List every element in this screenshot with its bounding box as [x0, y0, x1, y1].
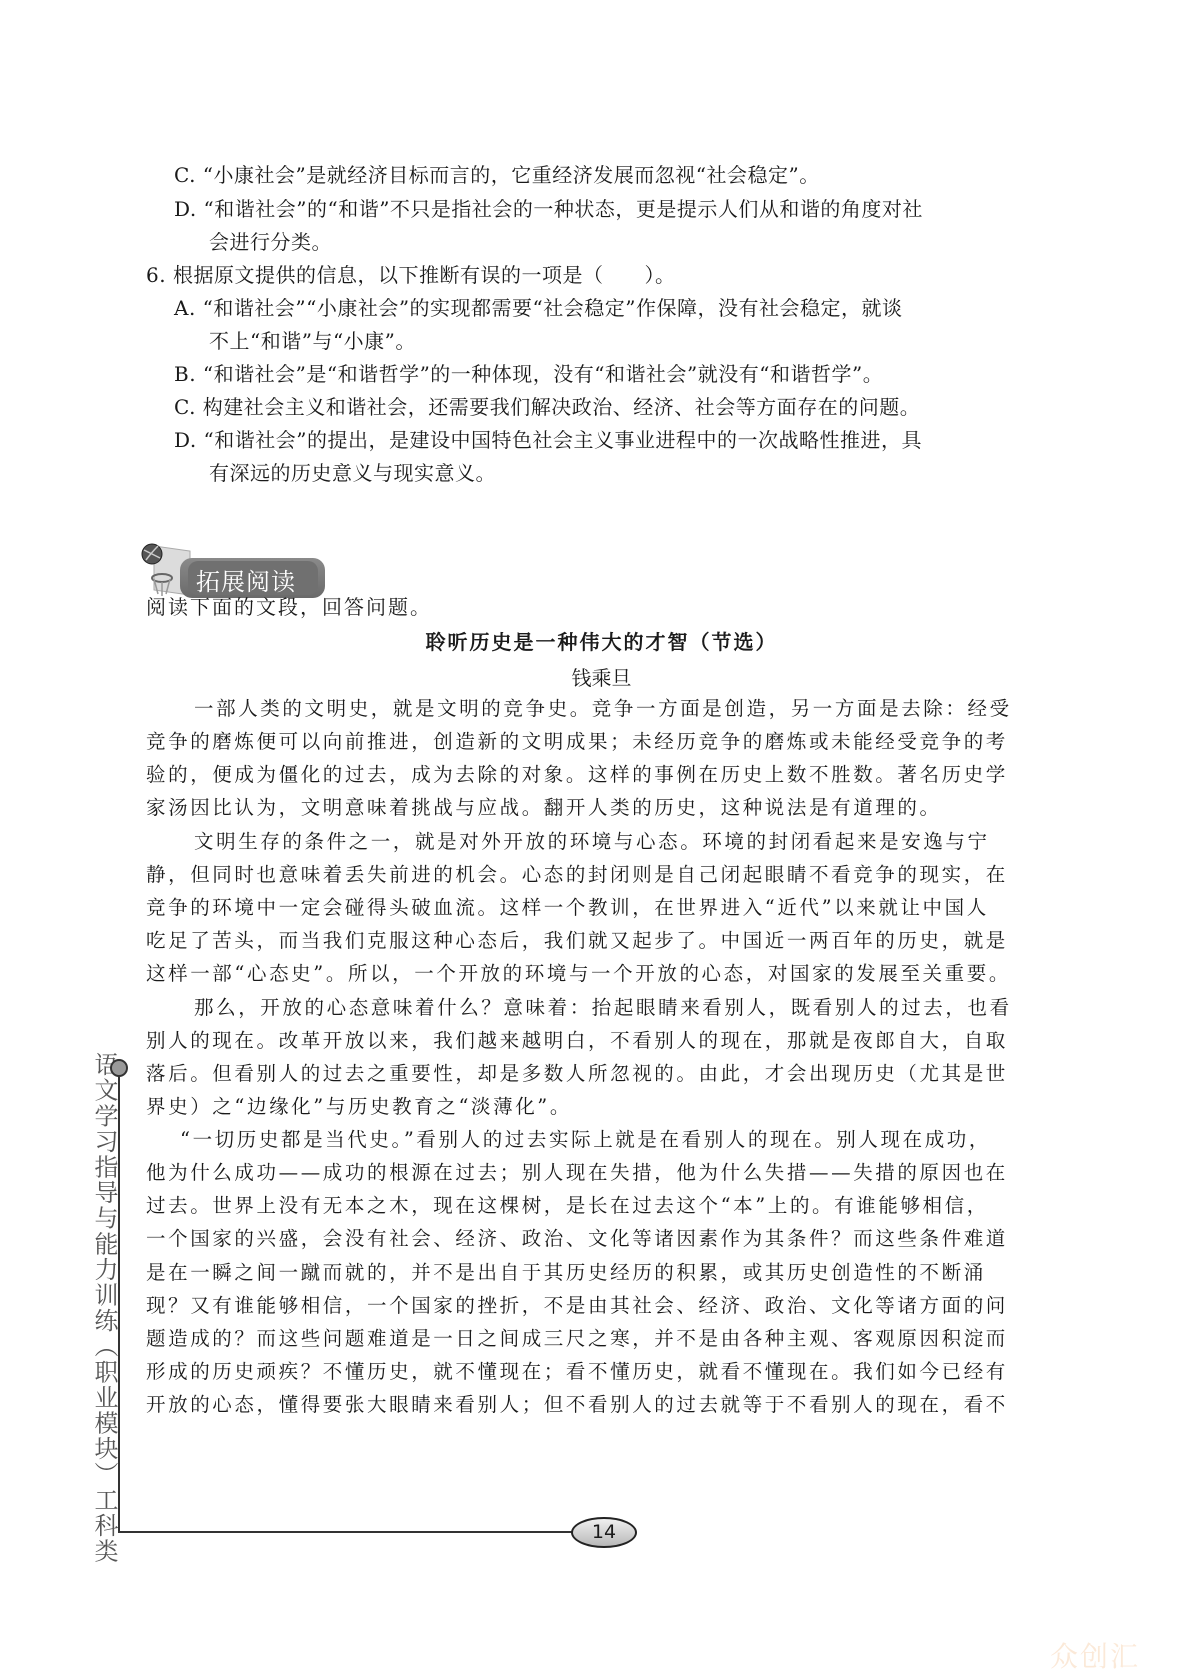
article-line: 家汤因比认为，文明意味着挑战与应战。翻开人类的历史，这种说法是有道理的。 [146, 793, 942, 823]
article-line: 一个国家的兴盛，会没有社会、经济、政治、文化等诸因素作为其条件？而这些条件难道 [146, 1224, 1008, 1254]
article-author: 钱乘旦 [0, 662, 1203, 691]
article-line: 题造成的？而这些问题难道是一日之间成三尺之寒，并不是由各种主观、客观原因积淀而 [146, 1324, 1008, 1354]
article-line: 文明生存的条件之一，就是对外开放的环境与心态。环境的封闭看起来是安逸与宁 [194, 827, 990, 857]
reading-instruction: 阅读下面的文段，回答问题。 [146, 592, 432, 622]
q5-option-d-continued: 会进行分类。 [209, 227, 332, 257]
q6-option-b: B. “和谐社会”是“和谐哲学”的一种体现，没有“和谐社会”就没有“和谐哲学”。 [174, 359, 883, 389]
article-line: 是在一瞬之间一蹴而就的，并不是出自于其历史经历的积累，或其历史创造性的不断涌 [146, 1258, 986, 1288]
article-line: 现？又有谁能够相信，一个国家的挫折，不是由其社会、经济、政治、文化等诸方面的问 [146, 1291, 1008, 1321]
article-title: 聆听历史是一种伟大的才智（节选） [0, 626, 1203, 655]
article-line: 开放的心态，懂得要张大眼睛来看别人；但不看别人的过去就等于不看别人的现在，看不 [146, 1390, 1008, 1420]
q6-option-c: C. 构建社会主义和谐社会，还需要我们解决政治、经济、社会等方面存在的问题。 [174, 392, 920, 422]
article-line: 吃足了苦头，而当我们克服这种心态后，我们就又起步了。中国近一两百年的历史，就是 [146, 926, 1008, 956]
page-number: 14 [571, 1517, 637, 1548]
article-line: 竞争的环境中一定会碰得头破血流。这样一个教训，在世界进入“近代”以来就让中国人 [146, 893, 989, 923]
q6-option-a: A. “和谐社会”“小康社会”的实现都需要“社会稳定”作保障，没有社会稳定，就谈 [174, 293, 903, 323]
article-line: 界史）之“边缘化”与历史教育之“淡薄化”。 [146, 1092, 572, 1122]
q6-stem: 6. 根据原文提供的信息，以下推断有误的一项是（ ）。 [146, 260, 675, 290]
q6-option-d: D. “和谐社会”的提出，是建设中国特色社会主义事业进程中的一次战略性推进，具 [174, 425, 922, 455]
footer-rule [118, 1531, 573, 1533]
book-title-sidebar: 语文学习指导与能力训练（职业模块）工科类 [86, 1052, 116, 1564]
article-line: 他为什么成功——成功的根源在过去；别人现在失措，他为什么失措——失措的原因也在 [146, 1158, 1008, 1188]
article-line: “一切历史都是当代史。”看别人的过去实际上就是在看别人的现在。别人现在成功， [180, 1125, 991, 1155]
article-line: 静，但同时也意味着丢失前进的机会。心态的封闭则是自己闭起眼睛不看竞争的现实，在 [146, 860, 1008, 890]
article-line: 别人的现在。改革开放以来，我们越来越明白，不看别人的现在，那就是夜郎自大，自取 [146, 1026, 1008, 1056]
article-line: 一部人类的文明史，就是文明的竞争史。竞争一方面是创造，另一方面是去除：经受 [194, 694, 1012, 724]
article-line: 形成的历史顽疾？不懂历史，就不懂现在；看不懂历史，就看不懂现在。我们如今已经有 [146, 1357, 1008, 1387]
article-line: 过去。世界上没有无本之木，现在这棵树，是长在过去这个“本”上的。有谁能够相信， [146, 1191, 989, 1221]
article-line: 落后。但看别人的过去之重要性，却是多数人所忽视的。由此，才会出现历史（尤其是世 [146, 1059, 1008, 1089]
watermark: 众创汇 [1050, 1635, 1140, 1675]
q5-option-c: C. “小康社会”是就经济目标而言的，它重经济发展而忽视“社会稳定”。 [174, 160, 820, 190]
article-line: 验的，便成为僵化的过去，成为去除的对象。这样的事例在历史上数不胜数。著名历史学 [146, 760, 1008, 790]
q6-option-d-continued: 有深远的历史意义与现实意义。 [209, 458, 496, 488]
q5-option-d: D. “和谐社会”的“和谐”不只是指社会的一种状态，更是提示人们从和谐的角度对社 [174, 194, 923, 224]
article-line: 竞争的磨炼便可以向前推进，创造新的文明成果；未经历竞争的磨炼或未能经受竞争的考 [146, 727, 1008, 757]
article-line: 那么，开放的心态意味着什么？意味着：抬起眼睛来看别人，既看别人的过去，也看 [194, 993, 1012, 1023]
section-banner: 拓展阅读 [140, 540, 330, 600]
article-line: 这样一部“心态史”。所以，一个开放的环境与一个开放的心态，对国家的发展至关重要。 [146, 959, 1011, 989]
sidebar-vertical-rule [118, 1075, 120, 1531]
q6-option-a-continued: 不上“和谐”与“小康”。 [209, 326, 416, 356]
